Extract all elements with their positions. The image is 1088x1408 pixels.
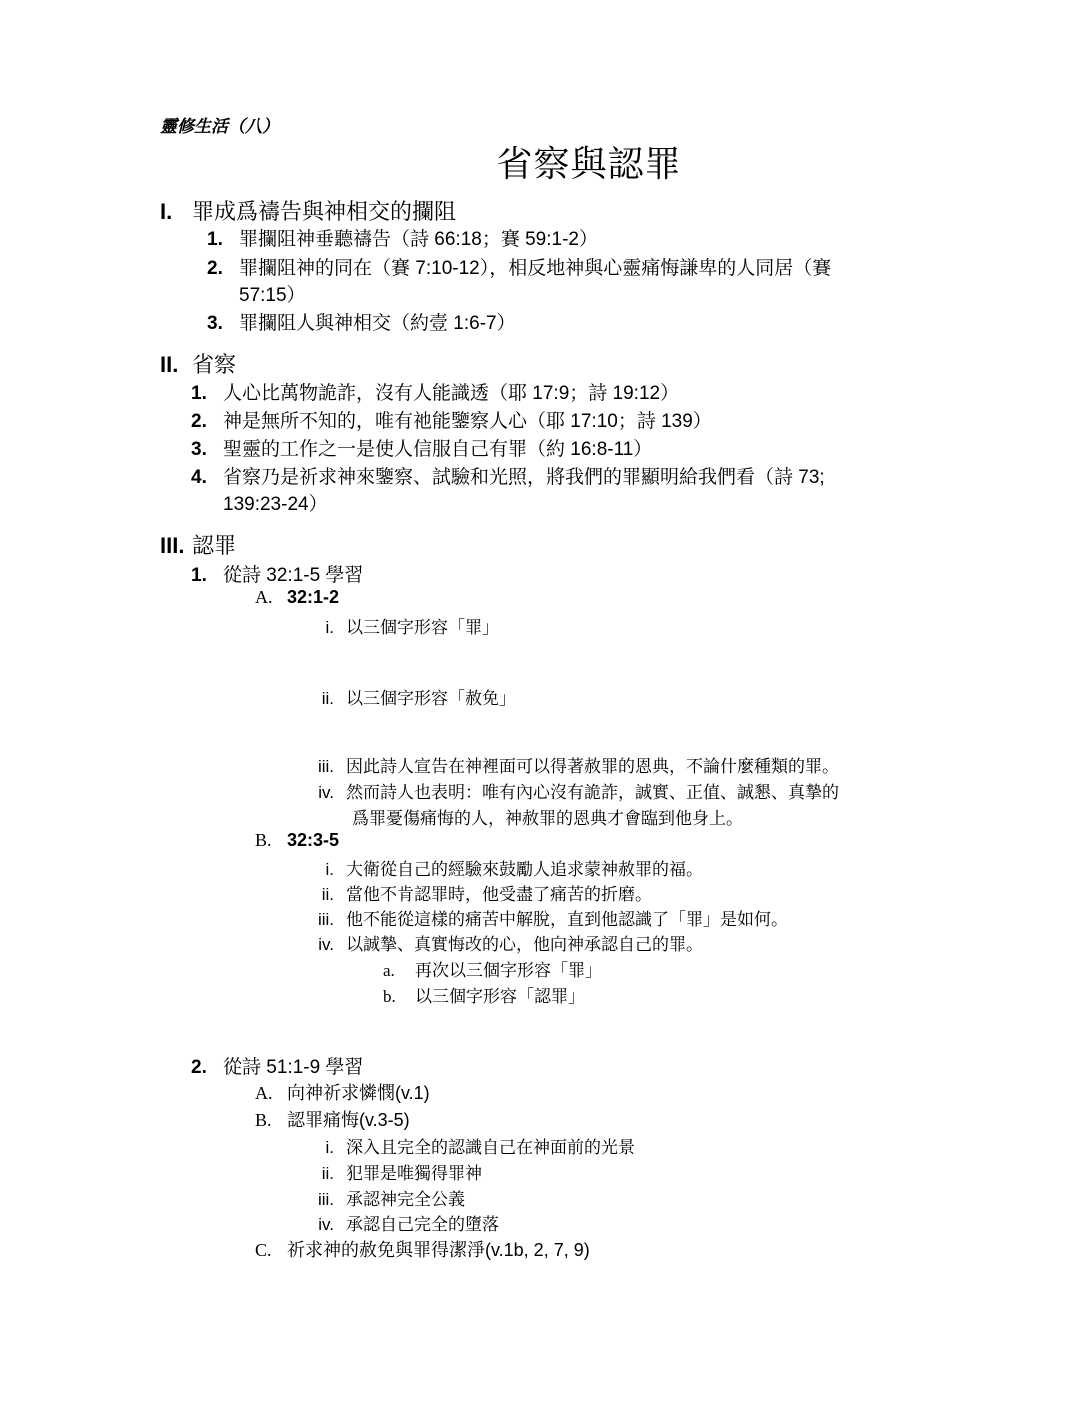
list-item: 1.人心比萬物詭詐，沒有人能識透（耶 17:9；詩 19:12）: [191, 378, 679, 405]
point-item: iv.承認自己完全的墮落: [300, 1210, 499, 1235]
sub-item: A.向神祈求憐憫(v.1): [255, 1079, 430, 1105]
section-heading: II.省察: [160, 348, 236, 379]
list-item-continuation: 139:23-24）: [223, 489, 328, 516]
letter-item: a.再次以三個字形容「罪」: [383, 956, 602, 981]
sub-item: B.32:3-5: [255, 830, 339, 851]
list-item: 3.罪攔阻人與神相交（約壹 1:6-7）: [207, 308, 516, 335]
section-number: II.: [160, 352, 192, 378]
section-title: 省察: [192, 352, 236, 377]
point-item-continuation: 爲罪憂傷痛悔的人，神赦罪的恩典才會臨到他身上。: [352, 804, 743, 829]
section-title: 罪成爲禱告與神相交的攔阻: [192, 199, 456, 224]
point-item: iii.因此詩人宣告在神裡面可以得著赦罪的恩典，不論什麼種類的罪。: [300, 752, 839, 777]
point-item: iv.然而詩人也表明：唯有內心沒有詭詐，誠實、正值、誠懇、真摯的: [300, 778, 839, 803]
section-number: III.: [160, 533, 192, 559]
sub-item: C.祈求神的赦免與罪得潔淨(v.1b, 2, 7, 9): [255, 1236, 590, 1262]
section-heading: I.罪成爲禱告與神相交的攔阻: [160, 195, 456, 226]
section-title: 認罪: [192, 533, 236, 558]
list-item: 2.神是無所不知的，唯有祂能鑒察人心（耶 17:10；詩 139）: [191, 406, 712, 433]
point-item: iii.他不能從這樣的痛苦中解脫，直到他認識了「罪」是如何。: [300, 905, 788, 930]
point-item: iii.承認神完全公義: [300, 1185, 465, 1210]
section-number: I.: [160, 199, 192, 225]
list-item: 4.省察乃是祈求神來鑒察、試驗和光照，將我們的罪顯明給我們看（詩 73;: [191, 462, 825, 489]
list-item: 1.罪攔阻神垂聽禱告（詩 66:18；賽 59:1-2）: [207, 224, 598, 251]
page-title: 省察與認罪: [0, 136, 1088, 187]
point-item: i.以三個字形容「罪」: [300, 613, 499, 638]
point-item: ii.當他不肯認罪時，他受盡了痛苦的折磨。: [300, 880, 652, 905]
point-item: iv.以誠摯、真實悔改的心，他向神承認自己的罪。: [300, 930, 703, 955]
point-item: ii.以三個字形容「赦免」: [300, 684, 516, 709]
sub-item: B.認罪痛悔(v.3-5): [255, 1106, 410, 1132]
series-label: 靈修生活（八）: [160, 112, 279, 137]
sub-item: A.32:1-2: [255, 587, 339, 608]
list-item: 3.聖靈的工作之一是使人信服自己有罪（約 16:8-11）: [191, 434, 652, 461]
list-item: 2.罪攔阻神的同在（賽 7:10-12），相反地神與心靈痛悔謙卑的人同居（賽: [207, 253, 831, 280]
section-heading: III.認罪: [160, 529, 236, 560]
point-item: ii.犯罪是唯獨得罪神: [300, 1159, 482, 1184]
list-item: 2.從詩 51:1-9 學習: [191, 1052, 363, 1079]
list-item-continuation: 57:15）: [239, 280, 306, 307]
letter-item: b.以三個字形容「認罪」: [383, 982, 585, 1007]
list-item: 1.從詩 32:1-5 學習: [191, 560, 363, 587]
point-item: i.深入且完全的認識自己在神面前的光景: [300, 1133, 635, 1158]
point-item: i.大衛從自己的經驗來鼓勵人追求蒙神赦罪的福。: [300, 855, 703, 880]
